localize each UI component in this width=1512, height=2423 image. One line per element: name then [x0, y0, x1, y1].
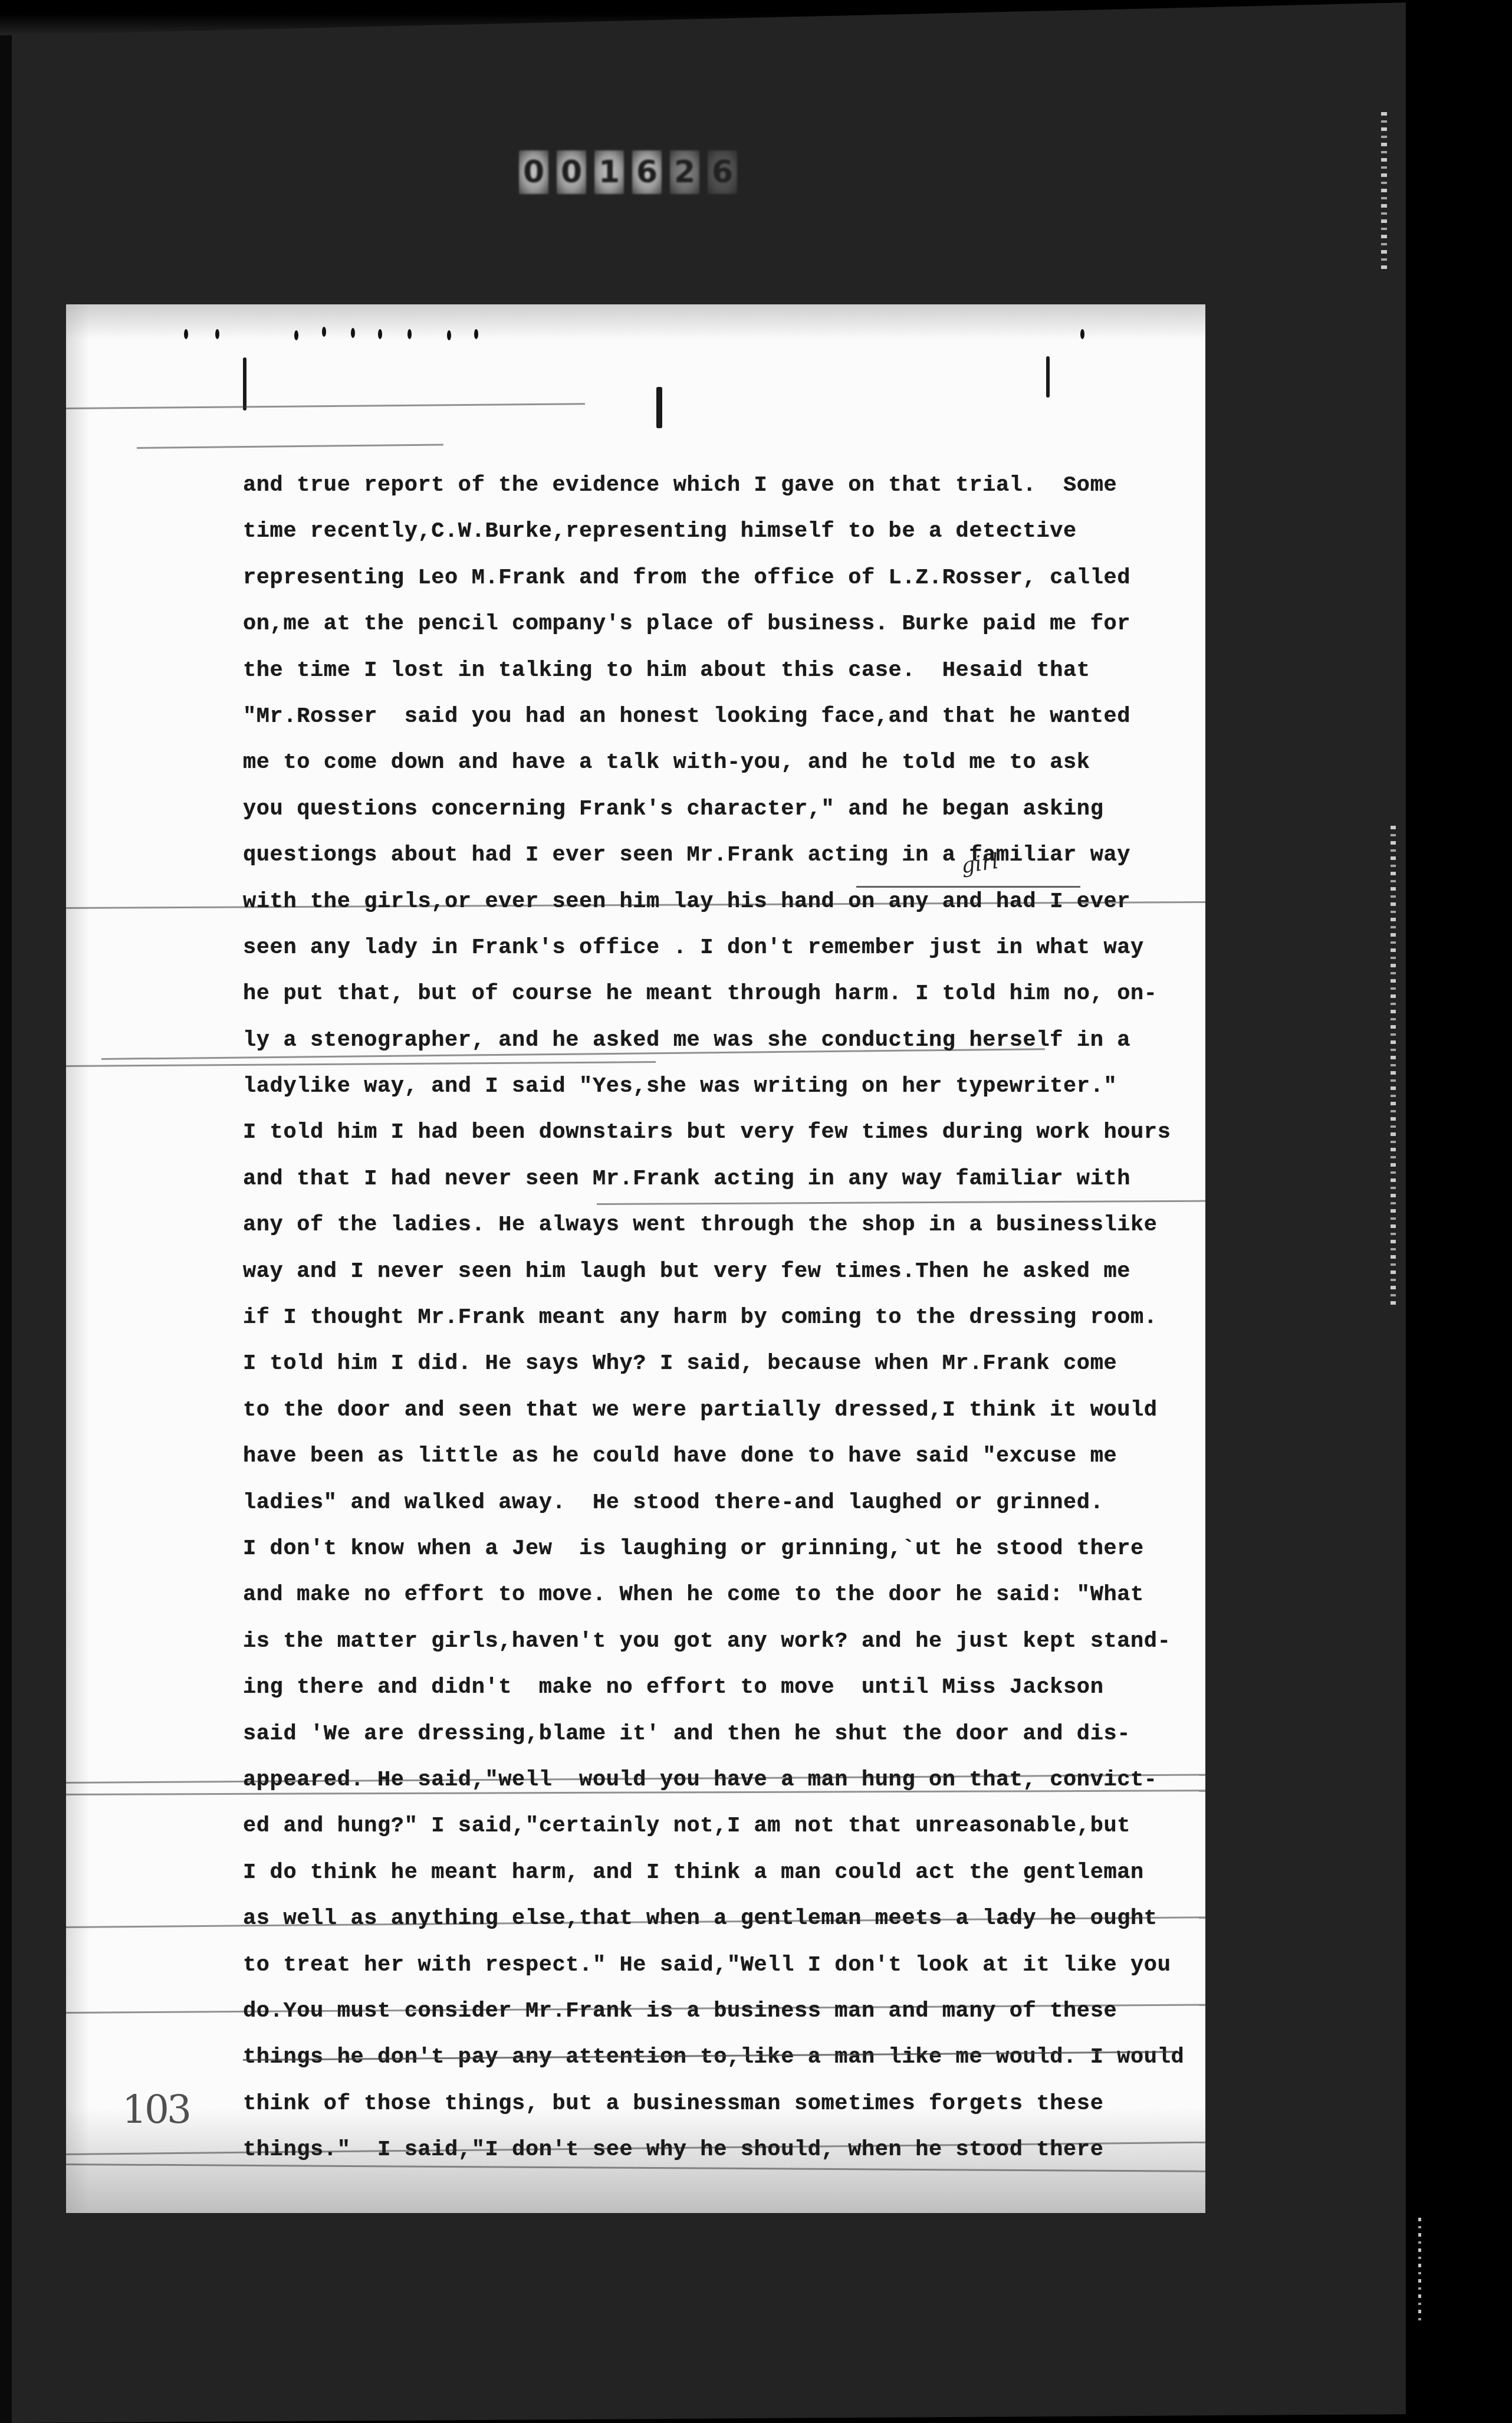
- typed-text-body: and true report of the evidence which I …: [243, 462, 1205, 2173]
- scratch-line: [137, 444, 443, 449]
- text-line: I told him I had been downstairs but ver…: [243, 1109, 1205, 1155]
- film-border-right: [1406, 0, 1512, 2423]
- text-line: on,me at the pencil company's place of b…: [243, 601, 1205, 647]
- margin-mark: [243, 357, 246, 411]
- punch-mark: [322, 327, 326, 337]
- text-line: "Mr.Rosser said you had an honest lookin…: [243, 694, 1205, 740]
- text-line: me to come down and have a talk with-you…: [243, 740, 1205, 786]
- text-line: and make no effort to move. When he come…: [243, 1572, 1205, 1618]
- film-scratch-streak: [1418, 2218, 1421, 2324]
- punch-mark: [184, 329, 188, 339]
- text-line: he put that, but of course he meant thro…: [243, 971, 1205, 1017]
- text-line: I do think he meant harm, and I think a …: [243, 1850, 1205, 1896]
- stamp-digit: 0: [519, 150, 548, 194]
- text-line: the time I lost in talking to him about …: [243, 648, 1205, 694]
- punch-mark: [447, 330, 451, 340]
- handwritten-insertion: girl: [959, 849, 1000, 878]
- punch-mark: [407, 329, 412, 339]
- text-line: ing there and didn't make no effort to m…: [243, 1664, 1205, 1710]
- text-line: and that I had never seen Mr.Frank actin…: [243, 1156, 1205, 1202]
- text-line: said 'We are dressing,blame it' and then…: [243, 1711, 1205, 1757]
- strikethrough-mark: [856, 886, 1080, 888]
- text-line: as well as anything else,that when a gen…: [243, 1896, 1205, 1942]
- stamp-digit: 6: [708, 150, 737, 194]
- text-line: have been as little as he could have don…: [243, 1433, 1205, 1479]
- stamp-digit: 0: [557, 150, 586, 194]
- film-border-bottom: [0, 2399, 1512, 2423]
- text-line: ladylike way, and I said "Yes,she was wr…: [243, 1063, 1205, 1109]
- text-line: things." I said,"I don't see why he shou…: [243, 2127, 1205, 2173]
- text-line: if I thought Mr.Frank meant any harm by …: [243, 1295, 1205, 1341]
- punch-mark: [1080, 329, 1084, 339]
- page-number: 103: [122, 2087, 189, 2132]
- text-line: I told him I did. He says Why? I said, b…: [243, 1341, 1205, 1387]
- text-line: representing Leo M.Frank and from the of…: [243, 555, 1205, 601]
- film-border-left: [0, 0, 12, 2423]
- margin-mark: [656, 387, 662, 428]
- film-scratch-streak: [1391, 826, 1396, 1309]
- punch-mark: [215, 329, 219, 339]
- punch-mark: [378, 329, 382, 339]
- text-line: questiongs about had I ever seen Mr.Fran…: [243, 832, 1205, 878]
- margin-mark: [1046, 356, 1050, 398]
- text-line: time recently,C.W.Burke,representing him…: [243, 508, 1205, 554]
- punch-mark: [474, 329, 478, 339]
- stamp-digit: 6: [632, 150, 662, 194]
- punch-mark: [351, 328, 355, 338]
- text-line: ly a stenographer, and he asked me was s…: [243, 1017, 1205, 1063]
- text-line: seen any lady in Frank's office . I don'…: [243, 925, 1205, 971]
- film-scratch-streak: [1381, 112, 1387, 271]
- text-line: and true report of the evidence which I …: [243, 462, 1205, 508]
- stamp-digit: 1: [594, 150, 624, 194]
- text-line: ed and hung?" I said,"certainly not,I am…: [243, 1803, 1205, 1849]
- text-line: do.You must consider Mr.Frank is a busin…: [243, 1988, 1205, 2034]
- text-line: I don't know when a Jew is laughing or g…: [243, 1526, 1205, 1572]
- text-line: ladies" and walked away. He stood there-…: [243, 1480, 1205, 1526]
- reel-frame-stamp: 0 0 1 6 2 6: [519, 150, 737, 194]
- text-line: is the matter girls,haven't you got any …: [243, 1618, 1205, 1664]
- film-border-top: [0, 0, 1512, 35]
- text-line: to treat her with respect." He said,"Wel…: [243, 1942, 1205, 1988]
- typewritten-page: and true report of the evidence which I …: [66, 304, 1205, 2213]
- text-line: you questions concerning Frank's charact…: [243, 786, 1205, 832]
- punch-mark: [294, 330, 298, 340]
- text-line: any of the ladies. He always went throug…: [243, 1202, 1205, 1248]
- stamp-digit: 2: [670, 150, 699, 194]
- text-line: think of those things, but a businessman…: [243, 2081, 1205, 2127]
- text-line: way and I never seen him laugh but very …: [243, 1249, 1205, 1295]
- text-line: to the door and seen that we were partia…: [243, 1387, 1205, 1433]
- scratch-line: [66, 403, 585, 409]
- text-line: appeared. He said,"well would you have a…: [243, 1757, 1205, 1803]
